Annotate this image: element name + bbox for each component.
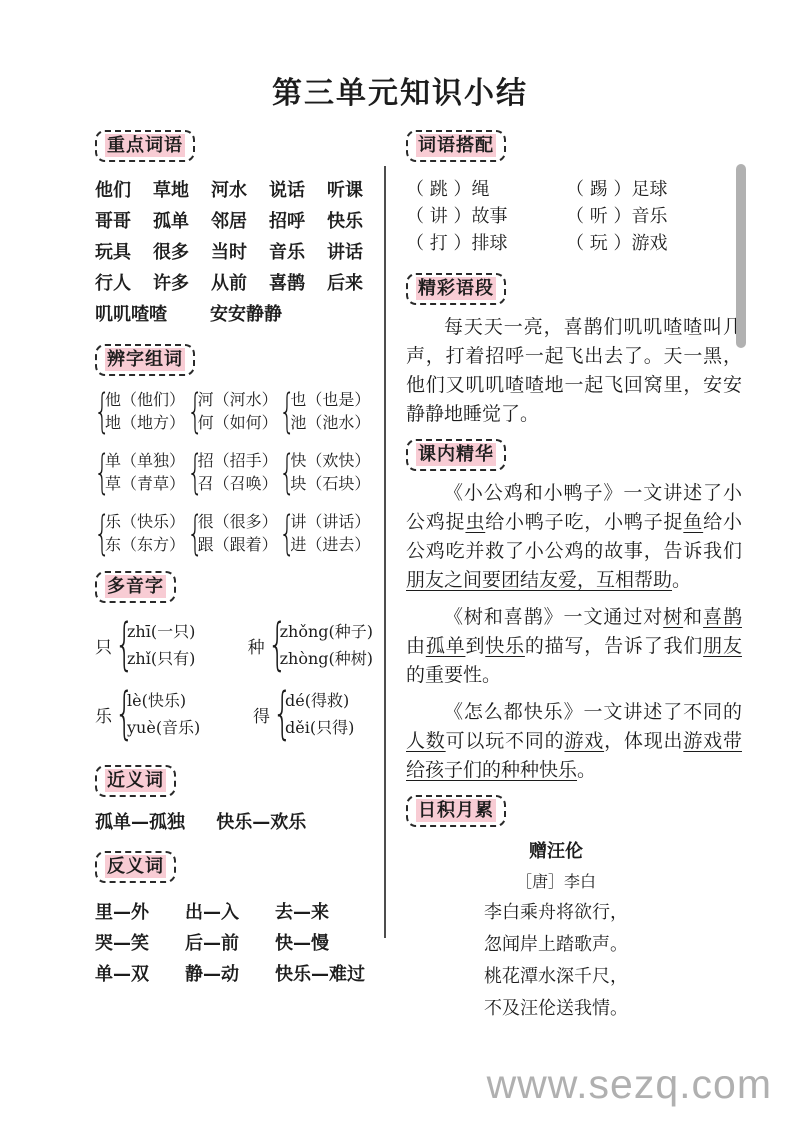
collocation: （ 讲 ）故事 bbox=[406, 203, 566, 230]
antonym-pair: 静—动 bbox=[185, 959, 275, 990]
char-word: 乐（快乐） bbox=[105, 510, 185, 533]
essence-paragraph: 《树和喜鹊》一文通过对树和喜鹊由孤单到快乐的描写，告诉了我们朋友的重要性。 bbox=[406, 603, 742, 690]
section-label: 多音字 bbox=[105, 575, 166, 598]
key-words-row: 行人 许多 从前 喜鹊 后来 bbox=[95, 268, 363, 299]
underlined-term: 鱼 bbox=[683, 511, 703, 533]
watermark: www.sezq.com bbox=[487, 1061, 772, 1108]
brace-glyph: { bbox=[115, 617, 124, 673]
antonym-pair: 哭—笑 bbox=[95, 928, 185, 959]
brace-glyph: { bbox=[94, 510, 102, 556]
collocation: （ 玩 ）游戏 bbox=[566, 230, 742, 257]
brace-glyph: { bbox=[267, 617, 276, 673]
text-segment: 《树和喜鹊》一文通过对 bbox=[444, 606, 663, 628]
brace-glyph: { bbox=[187, 510, 195, 556]
word: 河水 bbox=[211, 175, 247, 206]
word: 叽叽喳喳 bbox=[95, 299, 167, 330]
section-header-accumulation: 日积月累 bbox=[406, 795, 506, 827]
polyphonic-char: 只 bbox=[95, 633, 112, 658]
char-pair-group: { 很（很多）跟（跟着） bbox=[188, 510, 281, 556]
antonym-pair: 单—双 bbox=[95, 959, 185, 990]
polyphonic-row: 乐 { lè(快乐)yuè(音乐) 得 { dé(得救)děi(只得) bbox=[95, 686, 373, 742]
char-word: 召（召唤） bbox=[198, 472, 278, 495]
brace-glyph: { bbox=[187, 449, 195, 495]
key-words-row: 玩具 很多 当时 音乐 讲话 bbox=[95, 237, 363, 268]
pinyin-word: zhǒng(种子) bbox=[280, 618, 373, 645]
char-word: 也（也是） bbox=[290, 388, 370, 411]
polyphonic-row: 只 { zhī(一只)zhǐ(只有) 种 { zhǒng(种子)zhòng(种树… bbox=[95, 617, 373, 673]
antonym-pair: 后—前 bbox=[185, 928, 275, 959]
word: 哥哥 bbox=[95, 206, 131, 237]
collocation: （ 打 ）排球 bbox=[406, 230, 566, 257]
antonym-pair: 里—外 bbox=[95, 897, 185, 928]
section-label: 日积月累 bbox=[416, 799, 496, 822]
section-header-essence: 课内精华 bbox=[406, 439, 506, 471]
brace-glyph: { bbox=[279, 449, 287, 495]
polyphonic-group: 只 { zhī(一只)zhǐ(只有) bbox=[95, 617, 248, 673]
word: 邻居 bbox=[211, 206, 247, 237]
char-word: 东（东方） bbox=[105, 533, 185, 556]
word: 喜鹊 bbox=[269, 268, 305, 299]
pinyin-word: zhī(一只) bbox=[127, 618, 195, 645]
word: 说话 bbox=[269, 175, 305, 206]
pinyin-word: zhǐ(只有) bbox=[127, 645, 195, 672]
char-word: 讲（讲话） bbox=[290, 510, 370, 533]
brace-glyph: { bbox=[279, 388, 287, 434]
word: 招呼 bbox=[269, 206, 305, 237]
synonym-pair: 快乐—欢乐 bbox=[216, 812, 306, 833]
char-pair-group: { 快（欢快）块（石块） bbox=[280, 449, 373, 495]
synonyms-list: 孤单—孤独 快乐—欢乐 bbox=[95, 813, 373, 833]
essence-paragraph: 《怎么都快乐》一文讲述了不同的人数可以玩不同的游戏，体现出游戏带给孩子们的种种快… bbox=[406, 698, 742, 785]
section-header-antonyms: 反义词 bbox=[95, 851, 176, 883]
polyphonic-char: 得 bbox=[253, 702, 270, 727]
brace-glyph: { bbox=[94, 449, 102, 495]
word: 听课 bbox=[327, 175, 363, 206]
collocation: （ 踢 ）足球 bbox=[566, 176, 742, 203]
section-header-distinguish: 辨字组词 bbox=[95, 344, 195, 376]
section-header-key-words: 重点词语 bbox=[95, 130, 195, 162]
word: 孤单 bbox=[153, 206, 189, 237]
char-word: 何（如何） bbox=[198, 411, 278, 434]
key-words-row: 哥哥 孤单 邻居 招呼 快乐 bbox=[95, 206, 363, 237]
antonym-pair: 快乐—难过 bbox=[275, 959, 373, 990]
distinguish-row: { 单（单独）草（青草） { 招（招手）召（召唤） { 快（欢快）块（石块） bbox=[95, 449, 373, 495]
pinyin-word: lè(快乐) bbox=[127, 687, 200, 714]
polyphonic-list: 只 { zhī(一只)zhǐ(只有) 种 { zhǒng(种子)zhòng(种树… bbox=[95, 617, 373, 742]
key-words-row: 叽叽喳喳 安安静静 bbox=[95, 299, 363, 330]
collocations-list: （ 跳 ）绳 （ 踢 ）足球 （ 讲 ）故事 （ 听 ）音乐 （ 打 ）排球 （… bbox=[406, 176, 742, 257]
word: 他们 bbox=[95, 175, 131, 206]
key-words-list: 他们 草地 河水 说话 听课 哥哥 孤单 邻居 招呼 快乐 玩具 很多 当时 音… bbox=[95, 175, 373, 330]
poem-author: ［唐］李白 bbox=[406, 867, 706, 897]
char-word: 池（池水） bbox=[290, 411, 370, 434]
distinguish-row: { 他（他们）地（地方） { 河（河水）何（如何） { 也（也是）池（池水） bbox=[95, 388, 373, 434]
antonym-pair: 出—入 bbox=[185, 897, 275, 928]
char-word: 草（青草） bbox=[105, 472, 185, 495]
column-divider bbox=[384, 166, 386, 938]
word: 讲话 bbox=[327, 237, 363, 268]
section-label: 课内精华 bbox=[416, 443, 496, 466]
text-segment: 可以玩不同的 bbox=[446, 730, 565, 752]
char-pair-group: { 也（也是）池（池水） bbox=[280, 388, 373, 434]
word: 后来 bbox=[327, 268, 363, 299]
pinyin-word: děi(只得) bbox=[285, 714, 354, 741]
polyphonic-group: 乐 { lè(快乐)yuè(音乐) bbox=[95, 686, 253, 742]
char-pair-group: { 单（单独）草（青草） bbox=[95, 449, 188, 495]
word: 许多 bbox=[153, 268, 189, 299]
right-column: 词语搭配 （ 跳 ）绳 （ 踢 ）足球 （ 讲 ）故事 （ 听 ）音乐 （ 打 … bbox=[406, 130, 742, 1025]
text-segment: 。 bbox=[577, 759, 596, 781]
text-segment: 的描写，告诉了我们 bbox=[525, 635, 703, 657]
section-label: 精彩语段 bbox=[416, 277, 496, 300]
section-label: 近义词 bbox=[105, 769, 166, 792]
char-word: 跟（跟着） bbox=[198, 533, 278, 556]
underlined-term: 树 bbox=[663, 606, 683, 628]
char-word: 块（石块） bbox=[290, 472, 370, 495]
word: 玩具 bbox=[95, 237, 131, 268]
poem-line: 不及汪伦送我情。 bbox=[406, 993, 706, 1025]
scrollbar-thumb[interactable] bbox=[736, 164, 746, 348]
text-segment: 。 bbox=[672, 569, 691, 591]
polyphonic-char: 种 bbox=[248, 633, 265, 658]
poem: 赠汪伦 ［唐］李白 李白乘舟将欲行， 忽闻岸上踏歌声。 桃花潭水深千尺， 不及汪… bbox=[406, 837, 706, 1025]
page-title: 第三单元知识小结 bbox=[0, 68, 800, 112]
char-word: 他（他们） bbox=[105, 388, 185, 411]
underlined-term: 游戏 bbox=[564, 730, 604, 752]
left-column: 重点词语 他们 草地 河水 说话 听课 哥哥 孤单 邻居 招呼 快乐 玩具 很多… bbox=[95, 130, 373, 990]
text-segment: 由 bbox=[406, 635, 426, 657]
distinguish-row: { 乐（快乐）东（东方） { 很（很多）跟（跟着） { 讲（讲话）进（进去） bbox=[95, 510, 373, 556]
word: 草地 bbox=[153, 175, 189, 206]
text-segment: 给小鸭子吃，小鸭子捉 bbox=[485, 511, 683, 533]
char-pair-group: { 他（他们）地（地方） bbox=[95, 388, 188, 434]
collocation: （ 跳 ）绳 bbox=[406, 176, 566, 203]
char-pair-group: { 乐（快乐）东（东方） bbox=[95, 510, 188, 556]
poem-title: 赠汪伦 bbox=[406, 837, 706, 867]
brace-glyph: { bbox=[273, 686, 282, 742]
word: 行人 bbox=[95, 268, 131, 299]
passage-paragraph: 每天天一亮，喜鹊们叽叽喳喳叫几声，打着招呼一起飞出去了。天一黑，他们又叽叽喳喳地… bbox=[406, 313, 742, 429]
brace-glyph: { bbox=[279, 510, 287, 556]
word: 快乐 bbox=[327, 206, 363, 237]
section-label: 重点词语 bbox=[105, 134, 185, 157]
poem-line: 李白乘舟将欲行， bbox=[406, 897, 706, 929]
section-header-passage: 精彩语段 bbox=[406, 273, 506, 305]
word: 安安静静 bbox=[210, 299, 282, 330]
char-pair-group: { 招（招手）召（召唤） bbox=[188, 449, 281, 495]
underlined-term: 朋友 bbox=[703, 635, 742, 657]
antonym-pair: 去—来 bbox=[275, 897, 373, 928]
word: 音乐 bbox=[269, 237, 305, 268]
pinyin-word: zhòng(种树) bbox=[280, 645, 373, 672]
char-word: 快（欢快） bbox=[290, 449, 370, 472]
section-header-polyphonic: 多音字 bbox=[95, 571, 176, 603]
text-segment: 的重要性。 bbox=[406, 664, 501, 686]
polyphonic-char: 乐 bbox=[95, 702, 112, 727]
char-word: 招（招手） bbox=[198, 449, 278, 472]
underlined-term: 虫 bbox=[465, 511, 485, 533]
antonym-pair: 快—慢 bbox=[275, 928, 373, 959]
section-label: 辨字组词 bbox=[105, 348, 185, 371]
text-segment: 到 bbox=[465, 635, 485, 657]
underlined-term: 人数 bbox=[406, 730, 446, 752]
pinyin-word: dé(得救) bbox=[285, 687, 354, 714]
char-word: 河（河水） bbox=[198, 388, 278, 411]
essence-paragraph: 《小公鸡和小鸭子》一文讲述了小公鸡捉虫给小鸭子吃，小鸭子捉鱼给小公鸡吃并救了小公… bbox=[406, 479, 742, 595]
underlined-term: 喜鹊 bbox=[703, 606, 742, 628]
char-pair-group: { 讲（讲话）进（进去） bbox=[280, 510, 373, 556]
key-words-row: 他们 草地 河水 说话 听课 bbox=[95, 175, 363, 206]
section-label: 词语搭配 bbox=[416, 134, 496, 157]
section-header-synonyms: 近义词 bbox=[95, 765, 176, 797]
poem-line: 桃花潭水深千尺， bbox=[406, 961, 706, 993]
underlined-term: 朋友之间要团结友爱，互相帮助 bbox=[406, 569, 672, 591]
distinguish-list: { 他（他们）地（地方） { 河（河水）何（如何） { 也（也是）池（池水） {… bbox=[95, 388, 373, 556]
section-label: 反义词 bbox=[105, 855, 166, 878]
brace-glyph: { bbox=[115, 686, 124, 742]
brace-glyph: { bbox=[94, 388, 102, 434]
brace-glyph: { bbox=[187, 388, 195, 434]
text-segment: 《怎么都快乐》一文讲述了不同的 bbox=[444, 701, 742, 723]
polyphonic-group: 得 { dé(得救)děi(只得) bbox=[253, 686, 354, 742]
synonym-pair: 孤单—孤独 bbox=[95, 812, 185, 833]
antonyms-list: 里—外 出—入 去—来 哭—笑 后—前 快—慢 单—双 静—动 快乐—难过 bbox=[95, 897, 373, 990]
underlined-term: 孤单 bbox=[426, 635, 466, 657]
char-word: 单（单独） bbox=[105, 449, 185, 472]
section-header-collocations: 词语搭配 bbox=[406, 130, 506, 162]
word: 从前 bbox=[211, 268, 247, 299]
text-segment: ，体现出 bbox=[604, 730, 683, 752]
poem-line: 忽闻岸上踏歌声。 bbox=[406, 929, 706, 961]
word: 很多 bbox=[153, 237, 189, 268]
text-segment: 和 bbox=[683, 606, 703, 628]
polyphonic-group: 种 { zhǒng(种子)zhòng(种树) bbox=[248, 617, 373, 673]
collocation: （ 听 ）音乐 bbox=[566, 203, 742, 230]
pinyin-word: yuè(音乐) bbox=[127, 714, 200, 741]
char-word: 地（地方） bbox=[105, 411, 185, 434]
char-pair-group: { 河（河水）何（如何） bbox=[188, 388, 281, 434]
underlined-term: 快乐 bbox=[485, 635, 525, 657]
char-word: 进（进去） bbox=[290, 533, 370, 556]
word: 当时 bbox=[211, 237, 247, 268]
char-word: 很（很多） bbox=[198, 510, 278, 533]
